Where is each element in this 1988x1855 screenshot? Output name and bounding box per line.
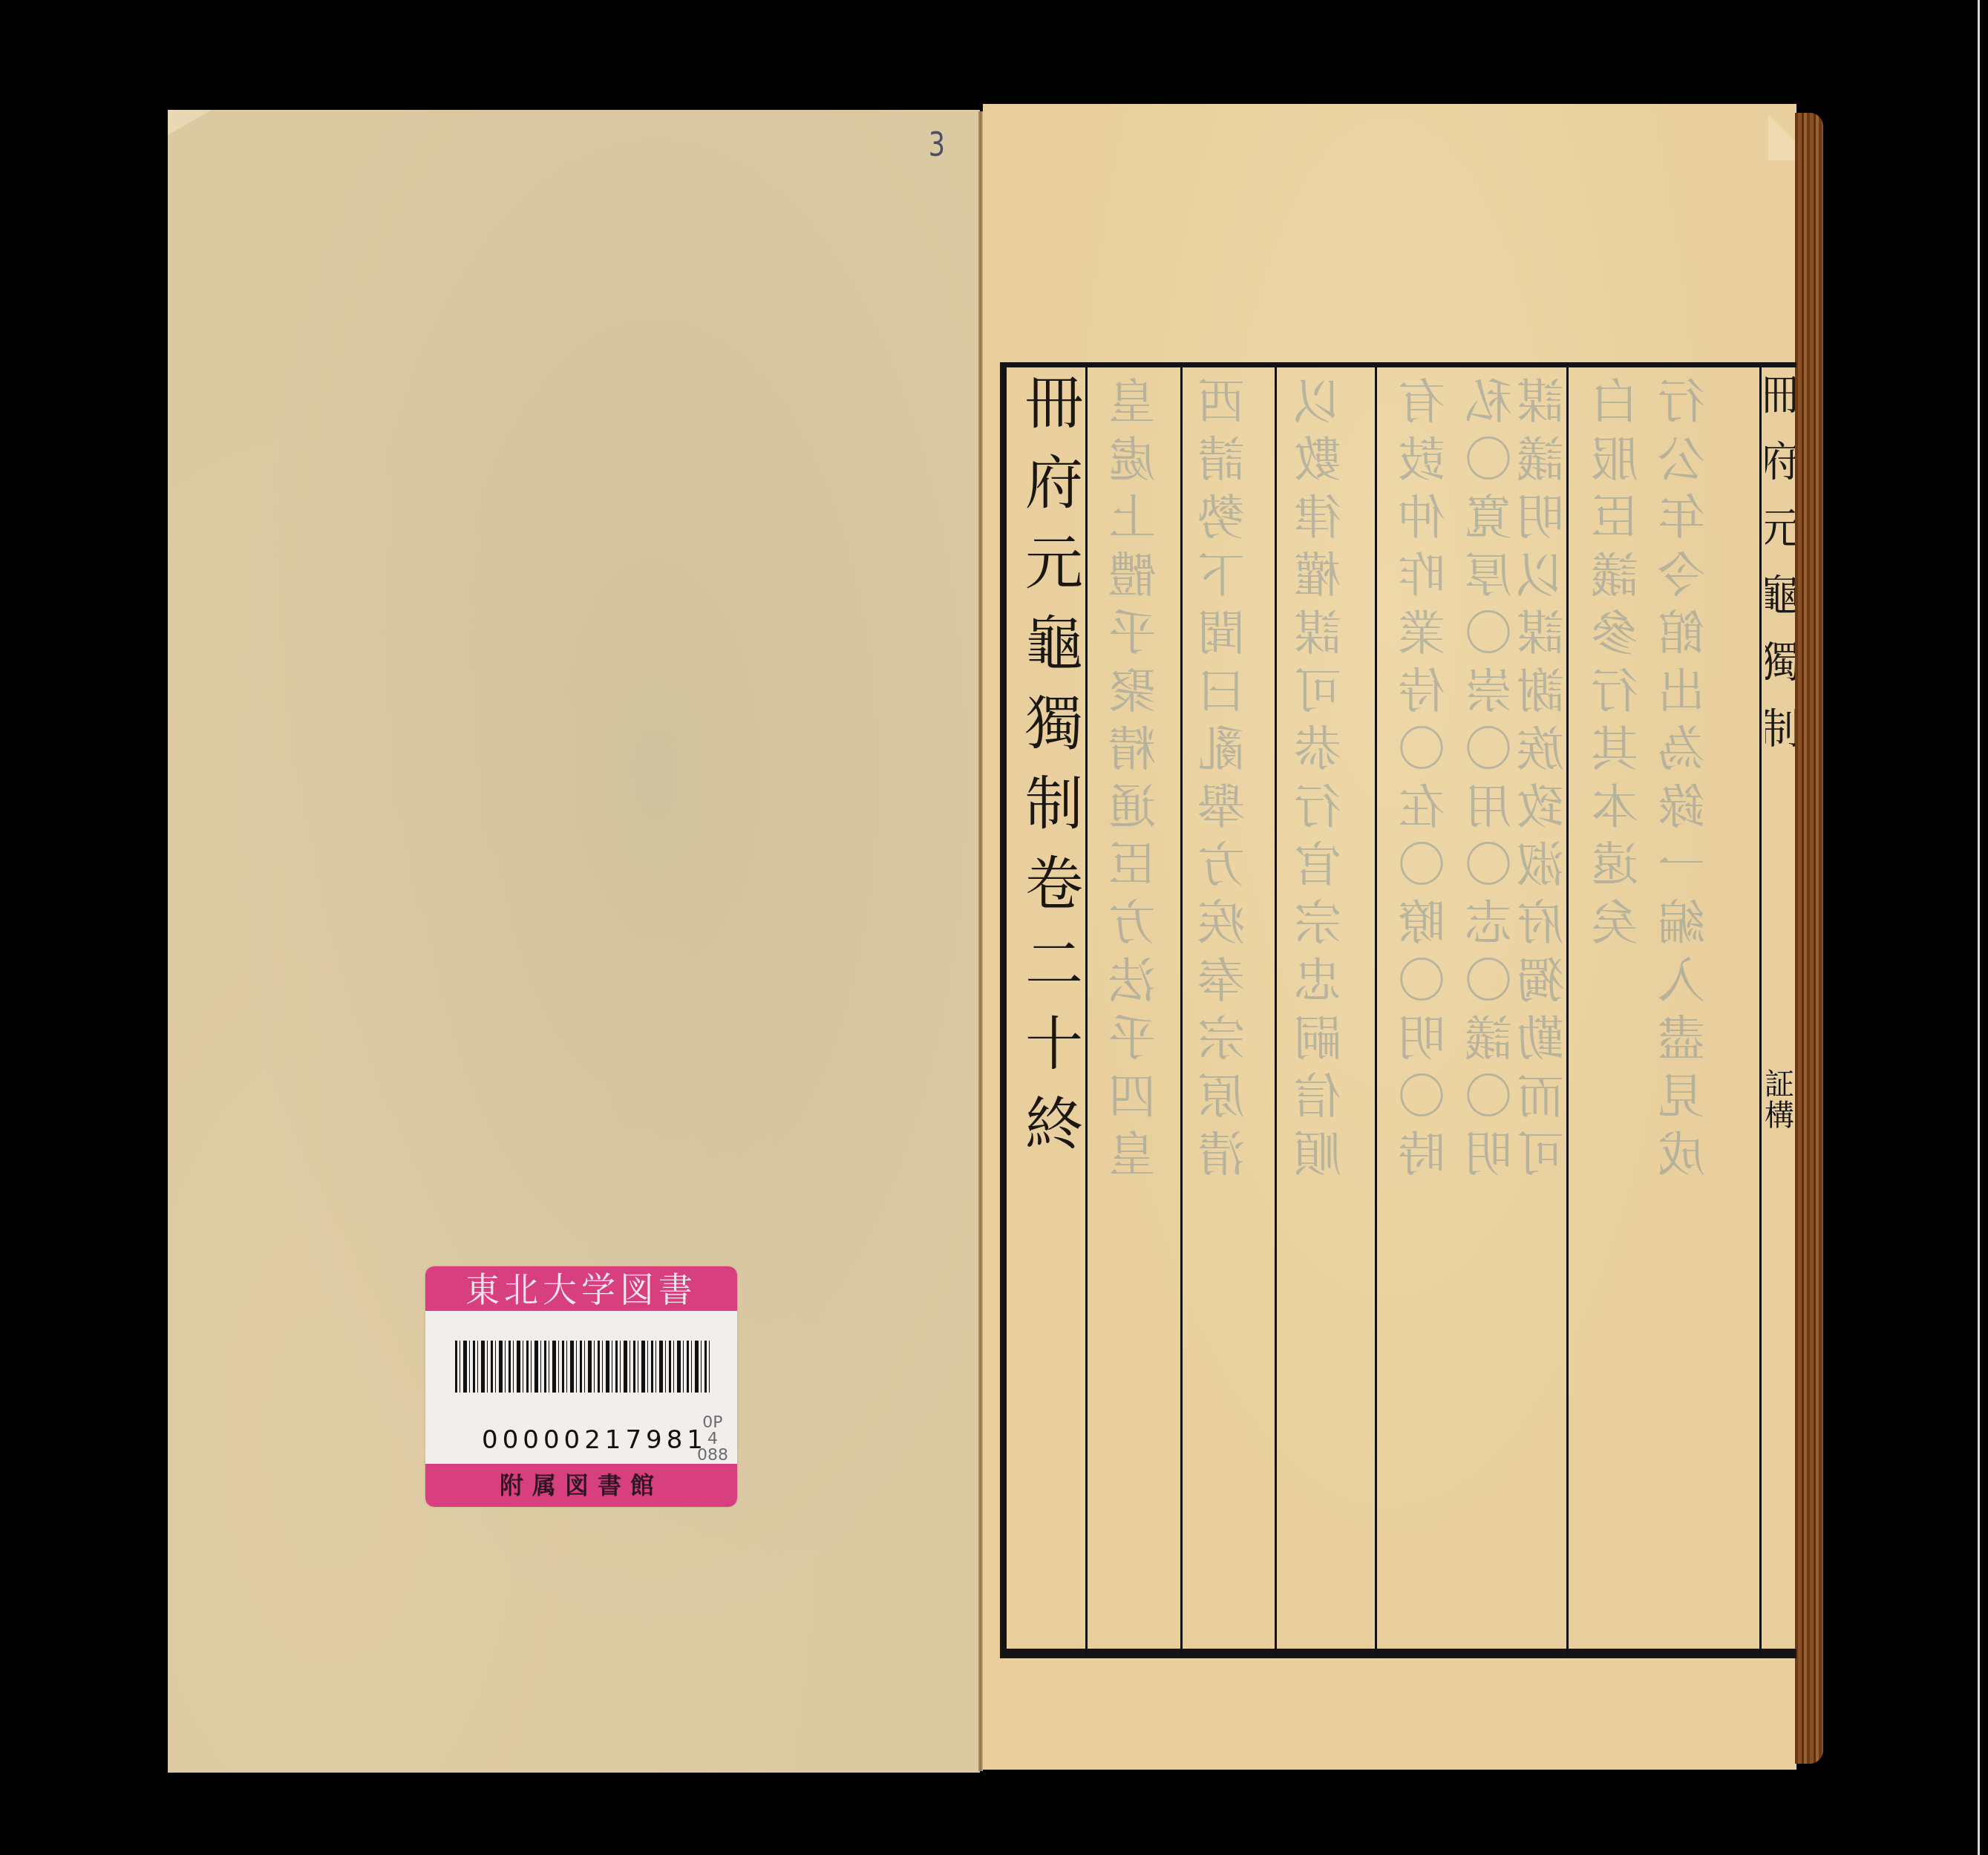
label-university-name: 東北大学図書: [425, 1266, 737, 1311]
note-char: 構: [1765, 1100, 1794, 1131]
heading-char: 府: [1765, 442, 1795, 483]
barcode-number: 00000217981: [482, 1425, 707, 1455]
library-barcode-label: 東北大学図書 00000217981 0P 4 088 附属図書館: [425, 1266, 737, 1507]
pencil-page-mark: 3: [929, 126, 945, 164]
bleed-through-text: 白服臣議參行其本遠矣: [1589, 379, 1641, 1640]
title-char: 卷: [1025, 856, 1083, 914]
title-char: 元: [1025, 535, 1083, 593]
column-rule: [1275, 367, 1277, 1657]
heading-char: 元: [1765, 508, 1795, 550]
column-rule: [1759, 367, 1762, 1657]
title-char: 十: [1025, 1016, 1083, 1074]
bleed-through-text: 行公年令館出為錄一編入盡見成: [1655, 379, 1707, 1640]
heading-char: 冊: [1765, 375, 1795, 416]
call-number-line: 088: [694, 1447, 731, 1464]
corner-wear: [168, 110, 212, 140]
bleed-through-text: 皇處上體乎聚精通臣方法乎四皇: [1106, 379, 1158, 1640]
title-char: 制: [1025, 776, 1083, 834]
page-edge-binding: [1795, 113, 1823, 1764]
scan-edge-line: [1978, 0, 1980, 1855]
heading-char: 制: [1765, 709, 1795, 750]
title-char: 終: [1025, 1096, 1083, 1154]
barcode-icon: [455, 1341, 711, 1393]
bleed-through-text: 西請勢下聞曰亂舉方疾奉宗原清: [1195, 379, 1247, 1640]
volume-end-title: 冊 府 元 龜 獨 制 卷 二 十 終: [1021, 375, 1088, 1177]
title-char: 冊: [1025, 375, 1083, 433]
bleed-through-text: 有鼓仲昨業侍〇在〇瞭〇明〇時: [1396, 379, 1448, 1640]
title-char: 獨: [1025, 696, 1083, 753]
label-library-name: 附属図書館: [425, 1464, 737, 1507]
call-number-line: 4: [694, 1431, 731, 1447]
handwritten-call-number: 0P 4 088: [694, 1415, 731, 1464]
call-number-line: 0P: [694, 1415, 731, 1431]
edge-heading-column: 冊 府 元 龜 獨 制: [1765, 375, 1795, 776]
column-rule: [1375, 367, 1377, 1657]
note-char: 証: [1765, 1069, 1794, 1100]
title-char: 府: [1025, 455, 1083, 513]
bleed-through-text: 私〇寬厚〇崇〇用〇志〇議〇明: [1462, 379, 1514, 1640]
heading-char: 獨: [1765, 642, 1795, 684]
column-rule: [1180, 367, 1183, 1657]
heading-char: 龜: [1765, 575, 1795, 617]
bleed-through-text: 以數律權謀可恭行官宗忠嗣信順: [1292, 379, 1344, 1640]
heading-note: 証 構: [1762, 1069, 1796, 1131]
column-rule: [1566, 367, 1569, 1657]
title-char: 龜: [1025, 615, 1083, 673]
bleed-through-text: 謀議明以謀謝族致淑府獨勤而可: [1514, 379, 1566, 1640]
left-page: 3: [168, 110, 980, 1773]
title-char: 二: [1025, 936, 1083, 994]
